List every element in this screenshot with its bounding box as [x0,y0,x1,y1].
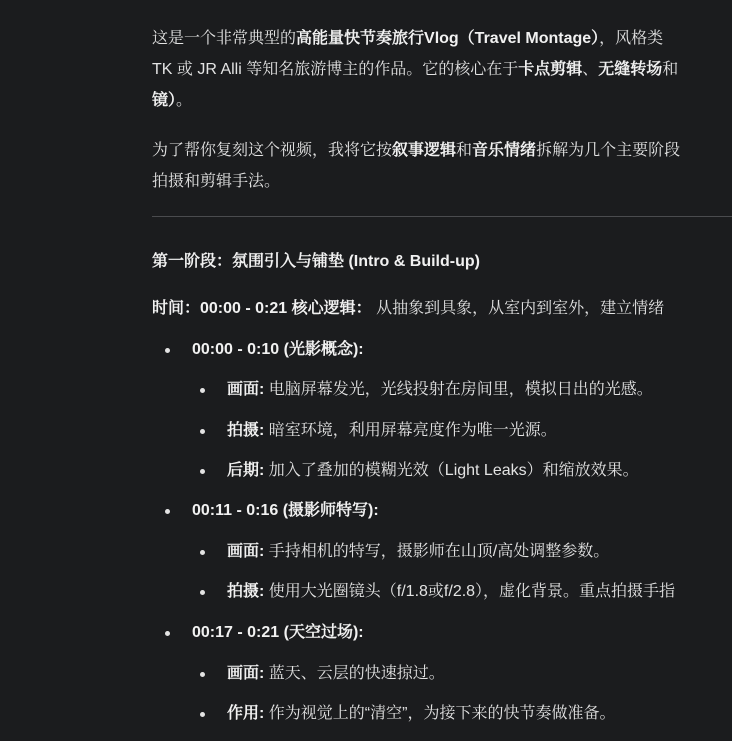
text: ，风格类 [599,30,663,47]
segment-title-text: 00:11 - 0:16 (摄影师特写): [192,502,379,519]
section-heading: 第一阶段：氛围引入与铺垫 (Intro & Build-up) [152,252,480,272]
section-heading-text: 第一阶段：氛围引入与铺垫 (Intro & Build-up) [152,253,480,270]
segment-detail: 拍摄: 暗室环境，利用屏幕亮度作为唯一光源。 [227,421,557,441]
segment-title: 00:00 - 0:10 (光影概念): [192,340,364,360]
detail-label: 画面: [227,381,264,398]
bullet-icon [200,590,205,595]
time-label: 时间：00:00 - 0:21 [152,300,287,317]
segment-title: 00:17 - 0:21 (天空过场): [192,623,364,643]
bold-text: 卡点剪辑 [518,61,582,78]
detail-text: 加入了叠加的模糊光效（Light Leaks）和缩放效果。 [264,462,638,479]
detail-text: 手持相机的特写，摄影师在山顶/高处调整参数。 [264,543,609,560]
bold-text: 叙事逻辑 [392,142,456,159]
text: 为了帮你复刻这个视频，我将它按 [152,142,392,159]
bullet-icon [165,509,170,514]
detail-label: 画面: [227,543,264,560]
intro-paragraph-2-line-1: 为了帮你复刻这个视频，我将它按叙事逻辑和音乐情绪拆解为几个主要阶段 [152,141,680,161]
intro-paragraph-1-line-2: TK 或 JR Alli 等知名旅游博主的作品。它的核心在于卡点剪辑、无缝转场和 [152,60,678,80]
text: 这是一个非常典型的 [152,30,296,47]
bullet-icon [200,672,205,677]
bold-text: 高能量快节奏旅行Vlog（Travel Montage） [296,30,599,47]
bullet-icon [200,550,205,555]
detail-label: 拍摄: [227,422,264,439]
detail-text: 作为视觉上的“清空”，为接下来的快节奏做准备。 [264,705,615,722]
detail-label: 作用: [227,705,264,722]
text: TK 或 JR Alli 等知名旅游博主的作品。它的核心在于 [152,61,518,78]
detail-text: 使用大光圈镜头（f/1.8或f/2.8），虚化背景。重点拍摄手指 [264,583,675,600]
bullet-icon [200,469,205,474]
bullet-icon [200,429,205,434]
text: 和 [662,61,678,78]
detail-text: 电脑屏幕发光，光线投射在房间里，模拟日出的光感。 [264,381,652,398]
bullet-icon [165,631,170,636]
text: 。 [176,92,192,109]
horizontal-divider [152,216,732,217]
bold-text: 音乐情绪 [472,142,536,159]
bullet-icon [200,388,205,393]
intro-paragraph-1-line-3: 镜）。 [152,91,192,111]
bold-text: 镜） [152,92,176,109]
intro-paragraph-2-line-2: 拍摄和剪辑手法。 [152,172,280,192]
logic-text: 从抽象到具象，从室内到室外，建立情绪 [372,300,664,317]
segment-detail: 后期: 加入了叠加的模糊光效（Light Leaks）和缩放效果。 [227,461,639,481]
detail-label: 拍摄: [227,583,264,600]
text: 、 [582,61,598,78]
detail-label: 后期: [227,462,264,479]
bullet-icon [200,712,205,717]
section-time-logic: 时间：00:00 - 0:21 核心逻辑： 从抽象到具象，从室内到室外，建立情绪 [152,299,664,319]
segment-title: 00:11 - 0:16 (摄影师特写): [192,501,379,521]
text: 拆解为几个主要阶段 [536,142,680,159]
segment-title-text: 00:17 - 0:21 (天空过场): [192,624,364,641]
segment-detail: 画面: 手持相机的特写，摄影师在山顶/高处调整参数。 [227,542,609,562]
bullet-icon [165,348,170,353]
text: 和 [456,142,472,159]
segment-detail: 作用: 作为视觉上的“清空”，为接下来的快节奏做准备。 [227,704,615,724]
text: 拍摄和剪辑手法。 [152,173,280,190]
detail-text: 蓝天、云层的快速掠过。 [264,665,444,682]
detail-label: 画面: [227,665,264,682]
intro-paragraph-1-line-1: 这是一个非常典型的高能量快节奏旅行Vlog（Travel Montage），风格… [152,29,663,49]
segment-detail: 拍摄: 使用大光圈镜头（f/1.8或f/2.8），虚化背景。重点拍摄手指 [227,582,675,602]
logic-label: 核心逻辑： [292,300,372,317]
detail-text: 暗室环境，利用屏幕亮度作为唯一光源。 [264,422,556,439]
segment-title-text: 00:00 - 0:10 (光影概念): [192,341,364,358]
bold-text: 无缝转场 [598,61,662,78]
segment-detail: 画面: 电脑屏幕发光，光线投射在房间里，模拟日出的光感。 [227,380,653,400]
segment-detail: 画面: 蓝天、云层的快速掠过。 [227,664,445,684]
